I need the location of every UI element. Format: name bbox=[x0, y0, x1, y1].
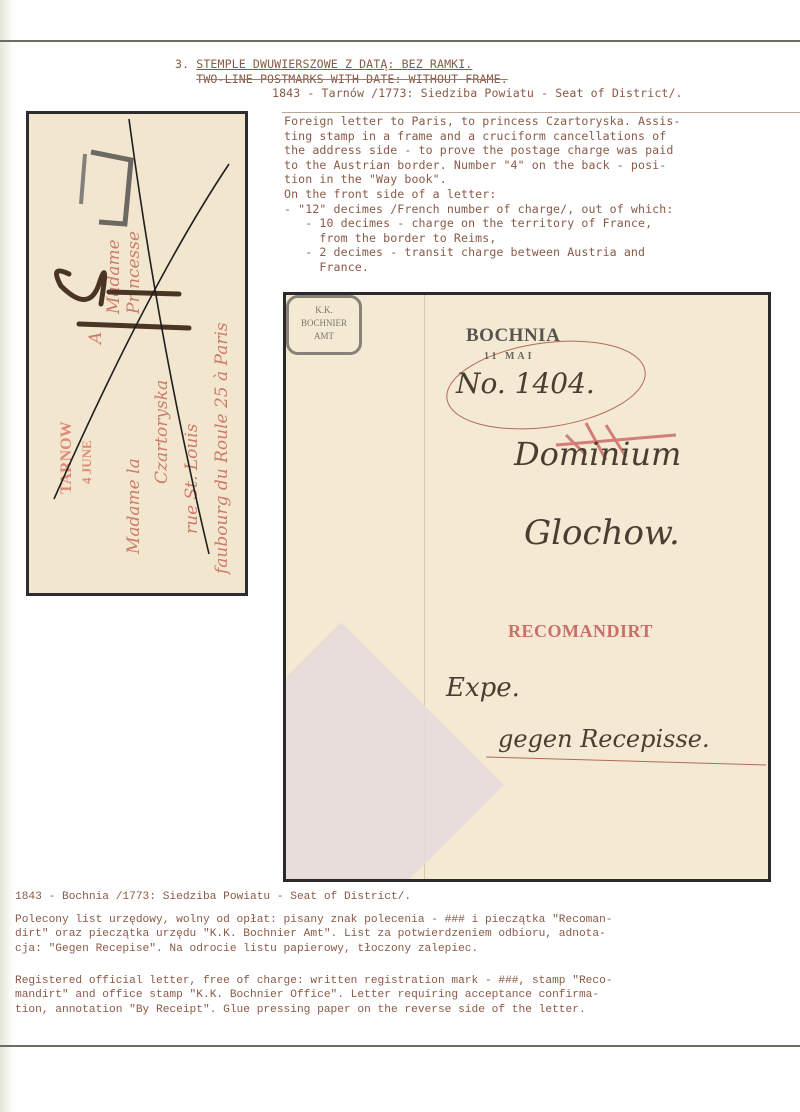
text-line: - 10 decimes - charge on the territory o… bbox=[284, 216, 680, 231]
text-line: cja: "Gegen Recepise". Na odrocie listu … bbox=[15, 942, 613, 956]
recomandirt-stamp: RECOMANDIRT bbox=[508, 621, 653, 642]
svg-text:Princesse: Princesse bbox=[124, 231, 144, 315]
svg-text:A: A bbox=[86, 332, 106, 346]
text-line: dirt" oraz pieczątka urzędu "K.K. Bochni… bbox=[15, 927, 613, 941]
office-stamp-line: AMT bbox=[289, 330, 359, 343]
bochnia-cover-image: BOCHNIA 11 MAI K.K. BOCHNIER AMT No. 140… bbox=[283, 292, 771, 882]
text-line: to the Austrian border. Number "4" on th… bbox=[284, 158, 680, 173]
svg-text:4 JUNE: 4 JUNE bbox=[79, 440, 94, 484]
svg-text:Madame la: Madame la bbox=[124, 458, 144, 555]
item1-description: Foreign letter to Paris, to princess Cza… bbox=[284, 114, 680, 275]
heading-number: 3. bbox=[175, 57, 189, 71]
text-line: - "12" decimes /French number of charge/… bbox=[284, 202, 680, 217]
text-line: mandirt" and office stamp "K.K. Bochnier… bbox=[15, 988, 613, 1002]
tarnow-cover-image: TARNOW 4 JUNE Madame la A Madame Czartor… bbox=[26, 111, 248, 596]
text-line: ting stamp in a frame and a cruciform ca… bbox=[284, 129, 680, 144]
assisting-frame-stamp bbox=[81, 152, 131, 224]
letter-number: No. 1404. bbox=[456, 367, 595, 400]
item2-description-pl: Polecony list urzędowy, wolny od opłat: … bbox=[15, 913, 613, 956]
text-line: - 2 decimes - transit charge between Aus… bbox=[284, 245, 680, 260]
text-line: Foreign letter to Paris, to princess Cza… bbox=[284, 114, 680, 129]
kk-office-stamp: K.K. BOCHNIER AMT bbox=[286, 295, 362, 355]
top-rule bbox=[0, 40, 800, 42]
description-rule bbox=[282, 112, 800, 113]
text-line: tion, annotation "By Receipt". Glue pres… bbox=[15, 1003, 613, 1017]
page-heading: 3. STEMPLE DWUWIERSZOWE Z DATĄ: BEZ RAMK… bbox=[175, 57, 683, 101]
postmark-date: 11 MAI bbox=[484, 351, 535, 362]
heading-title-en: TWO-LINE POSTMARKS WITH DATE: WITHOUT FR… bbox=[196, 72, 508, 86]
address-line-town: Glochow. bbox=[524, 513, 680, 553]
text-line: Registered official letter, free of char… bbox=[15, 974, 613, 988]
heading-title-pl: STEMPLE DWUWIERSZOWE Z DATĄ: BEZ RAMKI. bbox=[196, 57, 472, 71]
svg-text:Madame: Madame bbox=[104, 239, 124, 315]
address-line-dominium: Dominium bbox=[514, 435, 681, 473]
page-binding-edge bbox=[0, 0, 14, 1112]
text-line: the address side - to prove the postage … bbox=[284, 143, 680, 158]
annotation-gegen-recepisse: gegen Recepisse. bbox=[498, 725, 710, 753]
office-stamp-line: BOCHNIER bbox=[289, 317, 359, 330]
text-line: France. bbox=[284, 260, 680, 275]
item2-heading: 1843 - Bochnia /1773: Siedziba Powiatu -… bbox=[15, 890, 411, 904]
text-line: Polecony list urzędowy, wolny od opłat: … bbox=[15, 913, 613, 927]
address-line-expe: Expe. bbox=[446, 673, 520, 703]
text-line: tion in the "Way book". bbox=[284, 172, 680, 187]
svg-text:Czartoryska: Czartoryska bbox=[152, 380, 172, 484]
heading-subtitle: 1843 - Tarnów /1773: Siedziba Powiatu - … bbox=[175, 86, 683, 100]
text-line: from the border to Reims, bbox=[284, 231, 680, 246]
item2-description-en: Registered official letter, free of char… bbox=[15, 974, 613, 1017]
svg-text:faubourg du Roule 25 à Paris: faubourg du Roule 25 à Paris bbox=[212, 322, 232, 576]
bottom-rule bbox=[0, 1045, 800, 1047]
office-stamp-line: K.K. bbox=[289, 304, 359, 317]
text-line: On the front side of a letter: bbox=[284, 187, 680, 202]
tarnow-postmark: TARNOW 4 JUNE bbox=[58, 421, 94, 494]
bochnia-postmark: BOCHNIA bbox=[466, 325, 560, 347]
